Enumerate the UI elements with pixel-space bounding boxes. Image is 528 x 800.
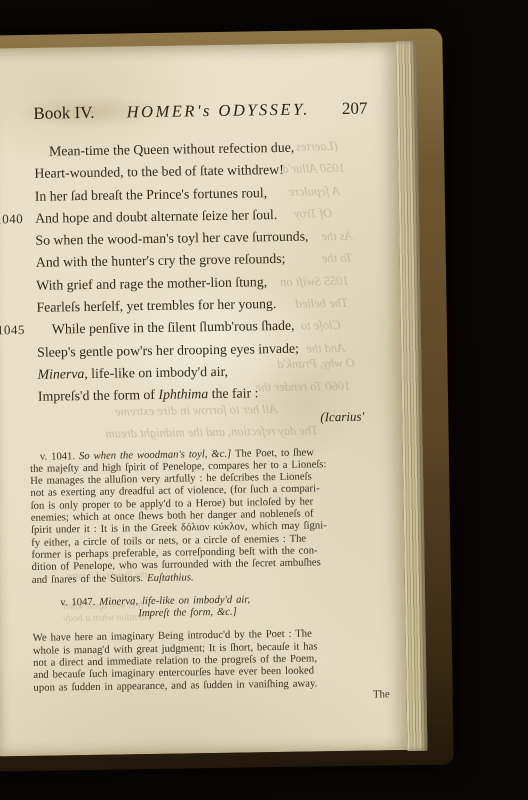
catchword-icarius: (Icarius': [38, 408, 372, 429]
footnotes-block: v. 1041. So when the woodman's toyl, &c.…: [30, 445, 400, 706]
footnote-body: We have here an imaginary Being introduc…: [33, 627, 400, 707]
minerva-name: Minerva: [37, 366, 84, 382]
poem-line-text: the fair :: [208, 386, 258, 402]
book-page: (Laertes 1050 Allur'd A ſepulcre Of Troy…: [0, 42, 408, 756]
poem-line-text: While penſive in the ſilent ſlumb'rous ſ…: [52, 318, 295, 337]
poem-line-text: , life-like on imbody'd air,: [84, 364, 228, 381]
iphthima-name: Iphthima: [158, 386, 208, 402]
footnote-verse-ref: v. 1047.: [60, 596, 99, 609]
running-title: HOMER's ODYSSEY.: [127, 99, 310, 122]
poem-block: Mean-time the Queen without refection du…: [34, 136, 372, 409]
poem-line-text: Impreſs'd the form of: [38, 387, 159, 404]
page-number: 207: [342, 99, 368, 119]
eustathius-attribution: Euſtathius.: [147, 571, 194, 584]
footnote-verse-ref: v. 1041.: [40, 450, 79, 463]
verse-number-1040: 1040: [0, 208, 23, 231]
running-header: Book IV. HOMER's ODYSSEY. 207: [33, 99, 367, 124]
verse-number-1045: 1045: [0, 319, 25, 342]
book-number: Book IV.: [33, 103, 94, 124]
poem-line-text: And hope and doubt alternate ſeize her ſ…: [35, 207, 277, 226]
footnote-text: and ſnares of the Suitors.: [32, 572, 147, 586]
poem-line: Impreſs'd the form of Iphthima the fair …: [38, 381, 372, 409]
text-column: Book IV. HOMER's ODYSSEY. 207 Mean-time …: [33, 99, 376, 706]
footnote-text: The Poet, to ſhew: [231, 446, 314, 459]
book-cover: (Laertes 1050 Allur'd A ſepulcre Of Troy…: [0, 28, 454, 771]
